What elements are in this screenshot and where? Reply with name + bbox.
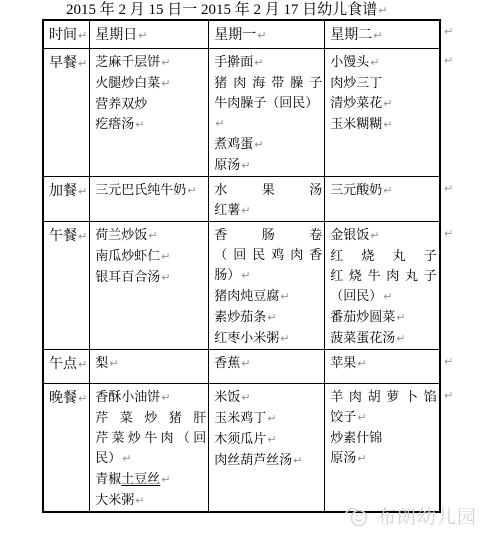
menu-item-line: 猪肉炖豆腐↵ <box>214 286 322 307</box>
paragraph-mark: ↵ <box>373 29 382 42</box>
menu-item-text: 营养双炒 <box>95 96 147 111</box>
paragraph-mark: ↵ <box>241 357 250 370</box>
table-row: 晚餐↵香酥小油饼↵芹菜炒猪肝芹菜炒牛肉（回民）↵青椒土豆丝↵大米粥↵米饭↵玉米鸡… <box>43 384 440 513</box>
menu-cell: 三元酸奶↵ <box>325 177 440 222</box>
paragraph-mark: ↵ <box>267 311 276 324</box>
menu-item-text: 三元酸奶 <box>330 182 382 197</box>
menu-cell: 苹果↵ <box>325 350 440 384</box>
menu-item-text: 猪肉海带臊子 <box>214 75 322 90</box>
menu-item-text: 大米粥 <box>95 492 134 507</box>
menu-cell: 手擀面↵猪肉海带臊子牛肉臊子（回民）↵煮鸡蛋↵原汤↵ <box>209 49 325 177</box>
paragraph-mark: ↵ <box>135 118 144 131</box>
row-end-mark: ↵ <box>444 55 453 66</box>
kindergarten-logo-icon <box>343 504 371 528</box>
menu-item-text: 香蕉 <box>214 355 240 370</box>
paragraph-mark: ↵ <box>254 138 263 151</box>
menu-item-text: 红薯 <box>214 202 240 217</box>
paragraph-mark: ↵ <box>241 159 250 172</box>
menu-item-text: 番茄炒圆菜 <box>330 309 395 324</box>
menu-cell: 香酥小油饼↵芹菜炒猪肝芹菜炒牛肉（回民）↵青椒土豆丝↵大米粥↵ <box>90 384 209 513</box>
meal-label-cell: 加餐↵ <box>43 177 90 222</box>
menu-cell: 芝麻千层饼↵火腿炒白菜↵营养双炒疙瘩汤↵ <box>90 49 209 177</box>
menu-item-text: 南瓜炒虾仁 <box>95 248 160 263</box>
menu-item-line: 饺子↵ <box>330 407 437 428</box>
menu-item-line: 荷兰炒饭↵ <box>95 225 206 246</box>
menu-item-text: 肉炒三丁 <box>330 75 382 90</box>
paragraph-mark: ↵ <box>357 411 366 424</box>
paragraph-mark: ↵ <box>78 185 87 198</box>
menu-item-line: 芹菜炒牛肉（回 <box>95 428 206 448</box>
paragraph-mark: ↵ <box>396 311 405 324</box>
menu-item-line: 南瓜炒虾仁↵ <box>95 246 206 267</box>
paragraph-mark: ↵ <box>383 290 392 303</box>
paragraph-mark: ↵ <box>215 117 224 130</box>
menu-item-line: 火腿炒白菜↵ <box>95 73 206 94</box>
menu-item-text: 香肠卷 <box>214 227 322 242</box>
paragraph-mark: ↵ <box>383 97 392 110</box>
meal-label-cell: 早餐↵ <box>43 49 90 177</box>
menu-item-text: 手擀面 <box>214 54 253 69</box>
menu-item-line: 手擀面↵ <box>214 52 322 73</box>
menu-item-line: 红薯↵ <box>214 200 322 221</box>
paragraph-mark: ↵ <box>78 230 87 243</box>
table-row: 午餐↵荷兰炒饭↵南瓜炒虾仁↵银耳百合汤↵香肠卷（回民鸡肉香肠）↵猪肉炖豆腐↵素炒… <box>43 222 440 350</box>
header-cell-day: 星期一↵ <box>209 20 325 49</box>
menu-item-line: 牛肉臊子（回民）↵ <box>214 93 322 134</box>
paragraph-mark: ↵ <box>241 391 250 404</box>
menu-item-text: 米饭 <box>214 389 240 404</box>
menu-item-line: 米饭↵ <box>214 387 322 408</box>
paragraph-mark: ↵ <box>161 56 170 69</box>
paragraph-mark: ↵ <box>135 494 144 507</box>
meal-label-cell: 午餐↵ <box>43 222 90 350</box>
meal-label-text: 早餐 <box>49 56 77 71</box>
paragraph-mark: ↵ <box>257 29 266 42</box>
paragraph-mark: ↵ <box>161 391 170 404</box>
menu-item-text: 三元巴氏纯牛奶 <box>95 182 186 197</box>
menu-item-line: 青椒土豆丝↵ <box>95 469 206 490</box>
menu-item-line: 芹菜炒猪肝 <box>95 408 206 428</box>
menu-item-line: 素炒茄条↵ <box>214 307 322 328</box>
menu-item-line: 木须瓜片↵ <box>214 429 322 450</box>
header-cell-text: 星期一 <box>214 28 256 43</box>
menu-item-text: 水果汤 <box>214 182 322 197</box>
menu-item-line: 芝麻千层饼↵ <box>95 52 206 73</box>
menu-item-line: 肉丝葫芦丝汤↵ <box>214 450 322 471</box>
menu-item-text: 饺子 <box>330 409 356 424</box>
menu-cell: 水果汤红薯↵ <box>209 177 325 222</box>
paragraph-mark: ↵ <box>378 4 387 17</box>
paragraph-mark: ↵ <box>357 452 366 465</box>
menu-item-line: 羊肉胡萝卜馅 <box>330 387 437 407</box>
menu-item-line: 苹果↵ <box>330 353 437 374</box>
menu-item-text: 牛肉臊子（回民） <box>214 95 318 110</box>
menu-item-text: 民） <box>95 450 121 465</box>
menu-item-line: 大米粥↵ <box>95 490 206 511</box>
menu-item-text: 苹果 <box>330 355 356 370</box>
menu-item-text: 肉丝葫芦丝汤 <box>214 452 292 467</box>
menu-item-line: 香蕉↵ <box>214 353 322 374</box>
menu-cell: 羊肉胡萝卜馅饺子↵炒素什锦原汤↵ <box>325 384 440 513</box>
table-row: 午点↵梨↵香蕉↵苹果↵ <box>43 350 440 384</box>
menu-item-line: 水果汤 <box>214 180 322 200</box>
menu-cell: 香蕉↵ <box>209 350 325 384</box>
meal-label-text: 午点 <box>49 357 77 372</box>
paragraph-mark: ↵ <box>161 250 170 263</box>
paragraph-mark: ↵ <box>370 229 379 242</box>
paragraph-mark: ↵ <box>138 29 147 42</box>
menu-item-line: 菠菜蛋花汤↵ <box>330 328 437 349</box>
menu-item-text: 梨 <box>95 355 108 370</box>
watermark-text: 布朗幼儿园 <box>377 502 477 529</box>
menu-item-line: （回民鸡肉香 <box>214 245 322 265</box>
table-row: 早餐↵芝麻千层饼↵火腿炒白菜↵营养双炒疙瘩汤↵手擀面↵猪肉海带臊子牛肉臊子（回民… <box>43 49 440 177</box>
menu-item-line: 玉米鸡丁↵ <box>214 408 322 429</box>
menu-cell: 梨↵ <box>90 350 209 384</box>
menu-cell: 金银饭↵红烧丸子红烧牛肉丸子（回民）↵番茄炒圆菜↵菠菜蛋花汤↵ <box>325 222 440 350</box>
menu-item-text: 菠菜蛋花汤 <box>330 330 395 345</box>
menu-item-text: 玉米鸡丁 <box>214 410 266 425</box>
paragraph-mark: ↵ <box>78 29 87 42</box>
document-page: 2015 年 2 月 15 日一 2015 年 2 月 17 日幼儿食谱↵ 时间… <box>0 0 495 538</box>
menu-item-text: （回民鸡肉香 <box>214 247 322 262</box>
row-end-mark: ↵ <box>444 183 453 194</box>
menu-item-line: 原汤↵ <box>330 448 437 469</box>
paragraph-mark: ↵ <box>78 392 87 405</box>
row-end-mark: ↵ <box>444 26 453 37</box>
menu-item-line: 疙瘩汤↵ <box>95 114 206 135</box>
menu-item-text: 青椒 <box>95 471 121 486</box>
menu-item-text: 芹菜炒猪肝 <box>95 410 206 425</box>
menu-item-text: 木须瓜片 <box>214 431 266 446</box>
meal-label-cell: 晚餐↵ <box>43 384 90 513</box>
menu-item-text: 芹菜炒牛肉（回 <box>95 430 206 445</box>
menu-item-line: 香肠卷 <box>214 225 322 245</box>
menu-item-text: 金银饭 <box>330 227 369 242</box>
menu-item-text: 原汤 <box>214 157 240 172</box>
menu-item-line: 玉米糊糊↵ <box>330 114 437 135</box>
menu-item-line: 原汤↵ <box>214 155 322 176</box>
menu-item-text: 红枣小米粥 <box>214 330 279 345</box>
menu-item-text: 清炒菜花 <box>330 95 382 110</box>
header-cell-text: 星期日 <box>95 28 137 43</box>
menu-cell: 香肠卷（回民鸡肉香肠）↵猪肉炖豆腐↵素炒茄条↵红枣小米粥↵ <box>209 222 325 350</box>
menu-item-text: 银耳百合汤 <box>95 269 160 284</box>
paragraph-mark: ↵ <box>357 357 366 370</box>
menu-item-line: 煮鸡蛋↵ <box>214 134 322 155</box>
paragraph-mark: ↵ <box>241 269 250 282</box>
paragraph-mark: ↵ <box>383 184 392 197</box>
menu-item-text: （回民） <box>330 288 382 303</box>
paragraph-mark: ↵ <box>122 452 131 465</box>
paragraph-mark: ↵ <box>148 229 157 242</box>
page-title-text: 2015 年 2 月 15 日一 2015 年 2 月 17 日幼儿食谱 <box>66 2 377 18</box>
paragraph-mark: ↵ <box>187 184 196 197</box>
meal-label-cell: 午点↵ <box>43 350 90 384</box>
menu-item-text: 红烧牛肉丸子 <box>330 268 437 283</box>
menu-item-text: 猪肉炖豆腐 <box>214 288 279 303</box>
menu-item-line: 小馒头↵ <box>330 52 437 73</box>
paragraph-mark: ↵ <box>267 433 276 446</box>
paragraph-mark: ↵ <box>241 204 250 217</box>
row-end-mark: ↵ <box>444 356 453 367</box>
menu-item-line: 营养双炒 <box>95 94 206 114</box>
header-row: 时间↵星期日↵星期一↵星期二↵ <box>43 20 440 49</box>
menu-item-text: 芝麻千层饼 <box>95 54 160 69</box>
paragraph-mark: ↵ <box>78 358 87 371</box>
menu-item-text: 火腿炒白菜 <box>95 75 160 90</box>
menu-item-line: 番茄炒圆菜↵ <box>330 307 437 328</box>
menu-item-text: 疙瘩汤 <box>95 116 134 131</box>
menu-cell: 荷兰炒饭↵南瓜炒虾仁↵银耳百合汤↵ <box>90 222 209 350</box>
menu-item-text: 荷兰炒饭 <box>95 227 147 242</box>
paragraph-mark: ↵ <box>109 357 118 370</box>
row-end-mark: ↵ <box>444 228 453 239</box>
menu-item-line: 香酥小油饼↵ <box>95 387 206 408</box>
header-cell-time: 时间↵ <box>43 20 90 49</box>
menu-item-text: 小馒头 <box>330 54 369 69</box>
paragraph-mark: ↵ <box>280 332 289 345</box>
menu-item-text: 红烧丸子 <box>330 248 437 263</box>
menu-table: 时间↵星期日↵星期一↵星期二↵早餐↵芝麻千层饼↵火腿炒白菜↵营养双炒疙瘩汤↵手擀… <box>42 19 441 513</box>
menu-item-text: 素炒茄条 <box>214 309 266 324</box>
menu-item-line: 清炒菜花↵ <box>330 93 437 114</box>
menu-item-line: 红烧牛肉丸子 <box>330 266 437 286</box>
menu-item-text-underlined: 土豆丝 <box>121 471 160 486</box>
paragraph-mark: ↵ <box>78 57 87 70</box>
menu-item-line: （回民）↵ <box>330 286 437 307</box>
menu-item-line: 银耳百合汤↵ <box>95 267 206 288</box>
menu-item-line: 红烧丸子 <box>330 246 437 266</box>
menu-cell: 小馒头↵肉炒三丁清炒菜花↵玉米糊糊↵ <box>325 49 440 177</box>
header-cell-day: 星期日↵ <box>90 20 209 49</box>
menu-item-text: 煮鸡蛋 <box>214 136 253 151</box>
meal-label-text: 晚餐 <box>49 391 77 406</box>
paragraph-mark: ↵ <box>254 56 263 69</box>
paragraph-mark: ↵ <box>370 56 379 69</box>
menu-item-line: 民）↵ <box>95 448 206 469</box>
meal-label-text: 午餐 <box>49 229 77 244</box>
menu-item-line: 三元巴氏纯牛奶↵ <box>95 180 206 201</box>
paragraph-mark: ↵ <box>396 332 405 345</box>
menu-item-text: 羊肉胡萝卜馅 <box>330 389 437 404</box>
menu-item-line: 红枣小米粥↵ <box>214 328 322 349</box>
meal-label-text: 加餐 <box>49 184 77 199</box>
menu-item-line: 猪肉海带臊子 <box>214 73 322 93</box>
paragraph-mark: ↵ <box>161 271 170 284</box>
menu-item-line: 炒素什锦 <box>330 428 437 448</box>
page-title: 2015 年 2 月 15 日一 2015 年 2 月 17 日幼儿食谱↵ <box>66 2 486 19</box>
paragraph-mark: ↵ <box>161 77 170 90</box>
menu-item-text: 香酥小油饼 <box>95 389 160 404</box>
header-cell-text: 时间 <box>49 28 77 43</box>
paragraph-mark: ↵ <box>280 290 289 303</box>
menu-item-text: 玉米糊糊 <box>330 116 382 131</box>
header-cell-day: 星期二↵ <box>325 20 440 49</box>
paragraph-mark: ↵ <box>293 454 302 467</box>
menu-item-text: 炒素什锦 <box>330 430 382 445</box>
menu-item-line: 肉炒三丁 <box>330 73 437 93</box>
header-cell-text: 星期二 <box>330 28 372 43</box>
menu-item-text: 肠） <box>214 267 240 282</box>
menu-cell: 三元巴氏纯牛奶↵ <box>90 177 209 222</box>
paragraph-mark: ↵ <box>383 118 392 131</box>
menu-cell: 米饭↵玉米鸡丁↵木须瓜片↵肉丝葫芦丝汤↵ <box>209 384 325 513</box>
menu-item-line: 肠）↵ <box>214 265 322 286</box>
menu-item-line: 三元酸奶↵ <box>330 180 437 201</box>
menu-item-text: 原汤 <box>330 450 356 465</box>
table-row: 加餐↵三元巴氏纯牛奶↵水果汤红薯↵三元酸奶↵ <box>43 177 440 222</box>
menu-item-line: 梨↵ <box>95 353 206 374</box>
menu-item-line: 金银饭↵ <box>330 225 437 246</box>
watermark: 布朗幼儿园 <box>343 502 477 529</box>
row-end-mark: ↵ <box>444 390 453 401</box>
paragraph-mark: ↵ <box>267 412 276 425</box>
paragraph-mark: ↵ <box>161 473 170 486</box>
